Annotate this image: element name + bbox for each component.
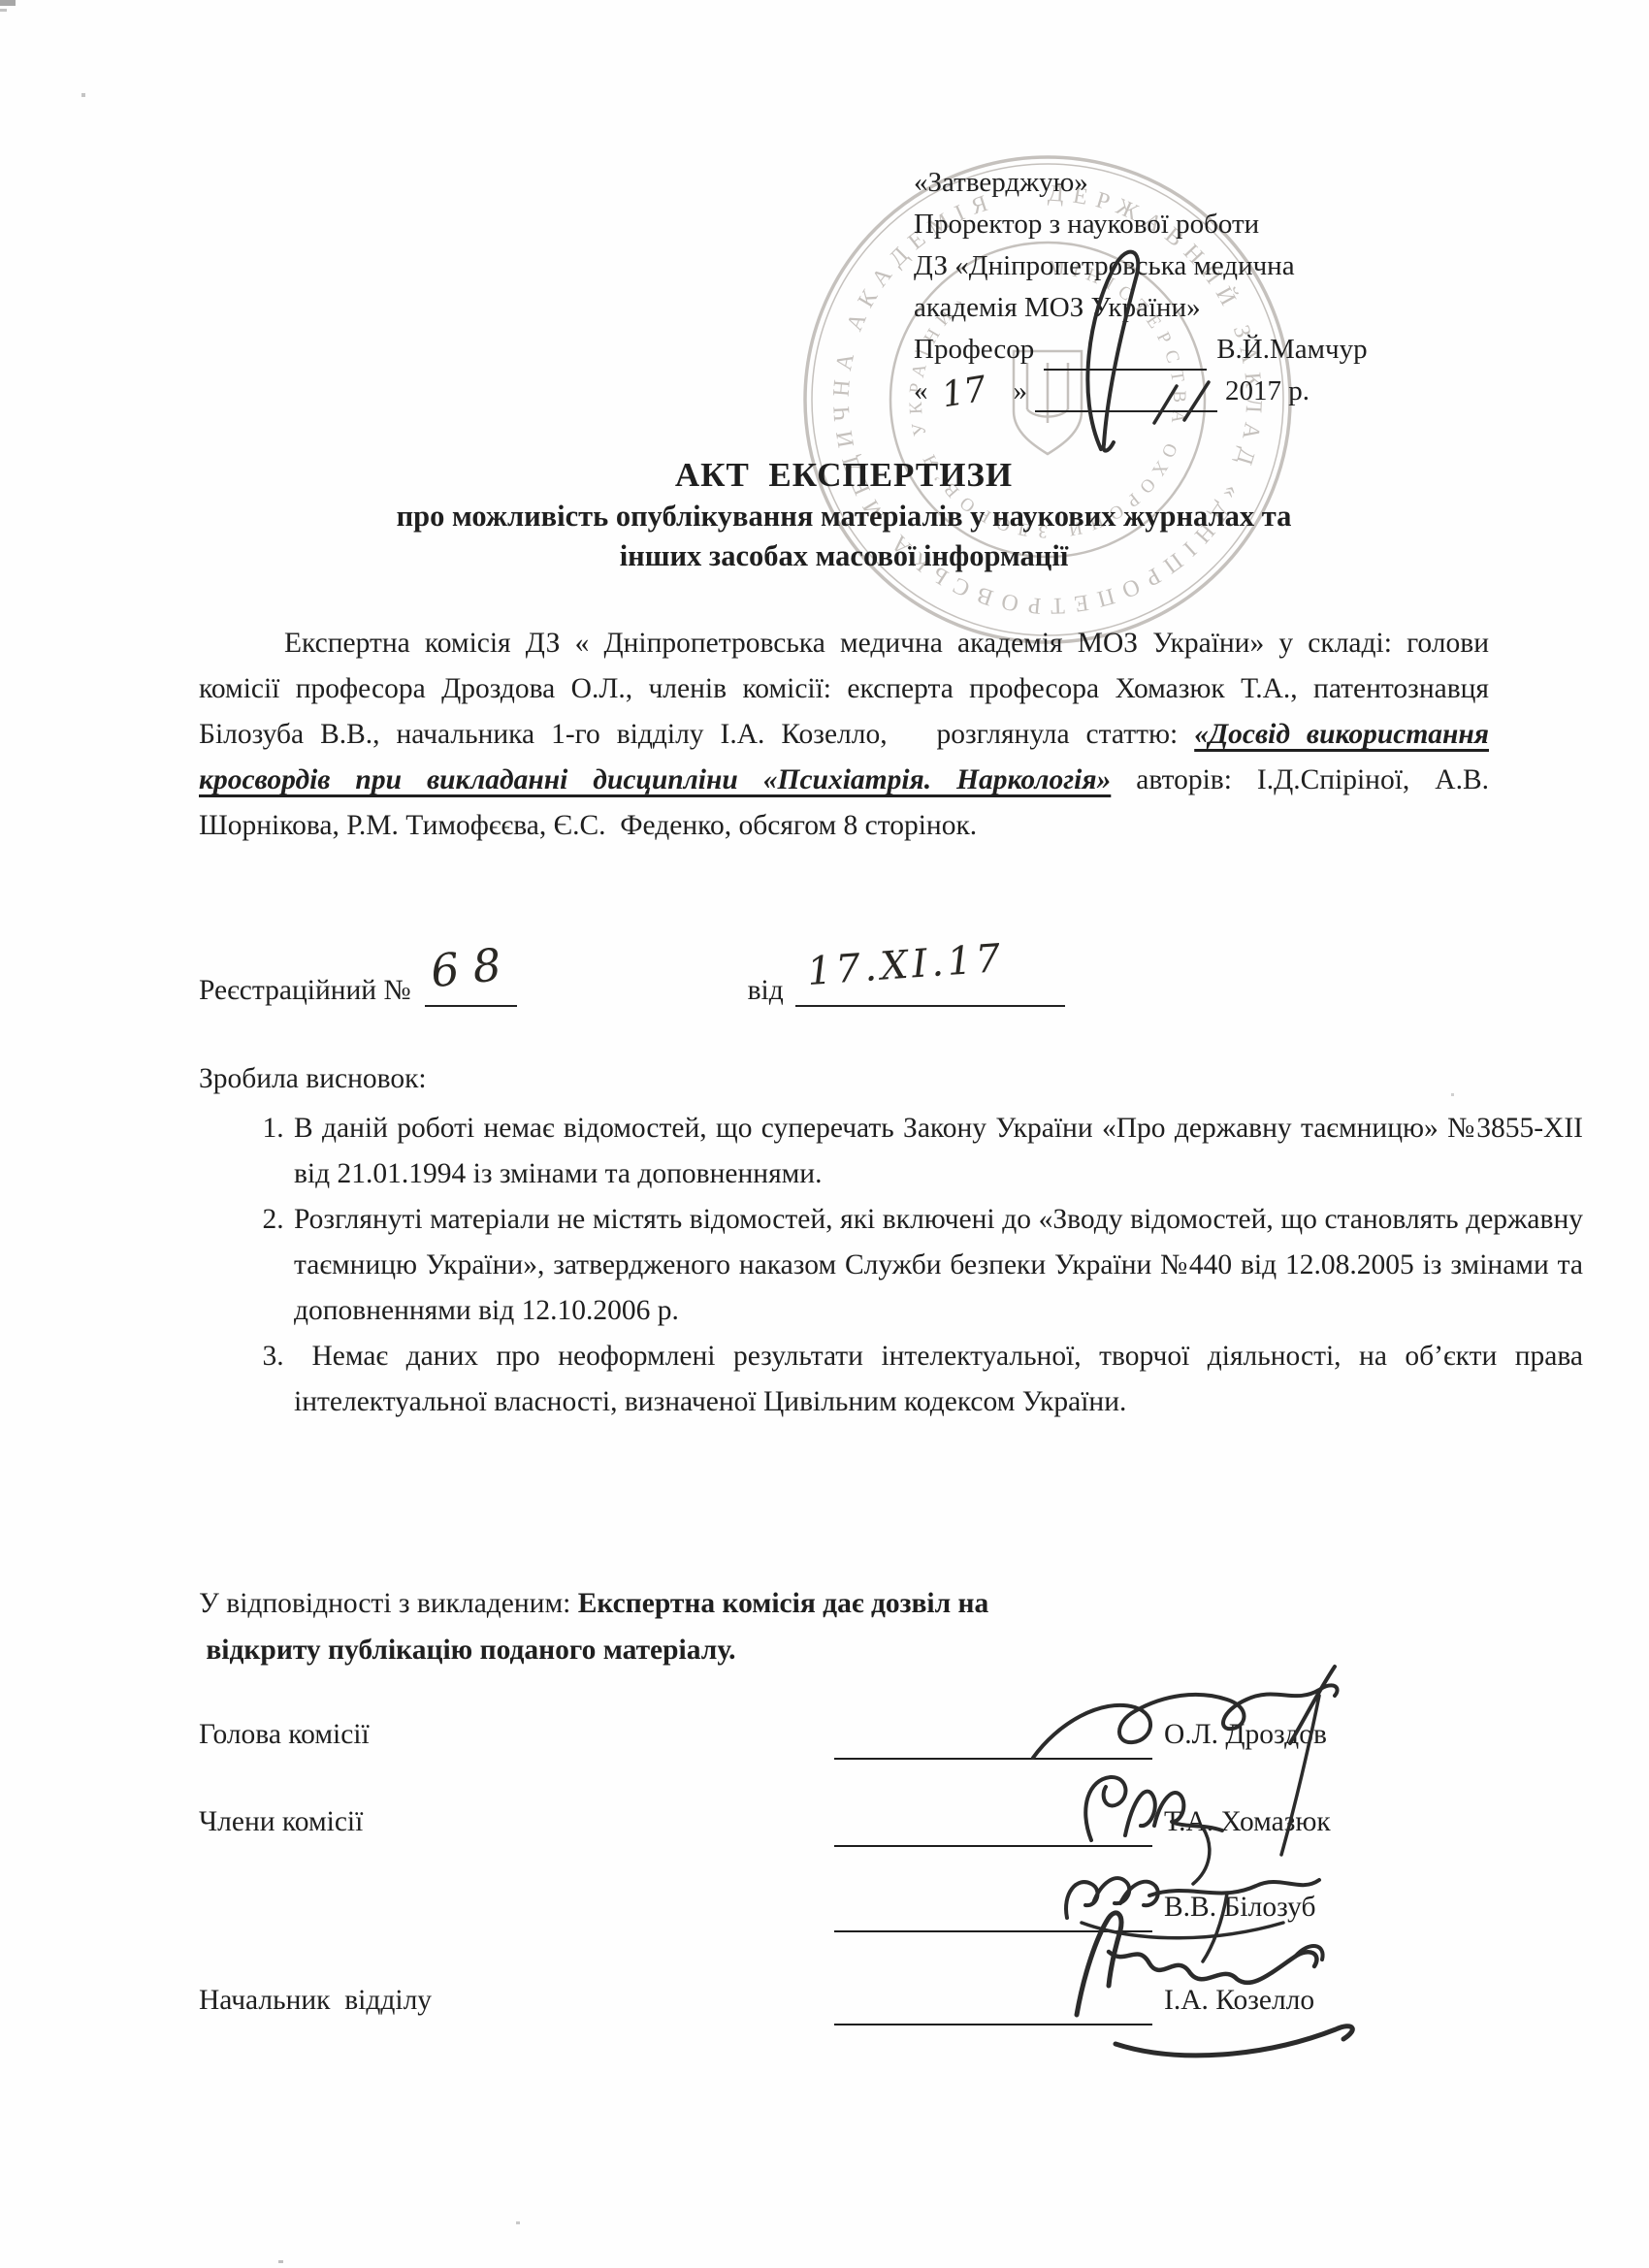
conclusion-item: В даній роботі немає відомостей, що супе…	[291, 1106, 1583, 1197]
approval-line-institution-1: ДЗ «Дніпропетровська медична	[914, 245, 1418, 287]
professor-label: Професор	[914, 329, 1034, 371]
handwritten-registration-date: 17.XI.17	[805, 936, 1005, 994]
signature-line	[834, 1985, 1152, 2025]
handwritten-day: 17	[938, 369, 988, 417]
final-statement: У відповідності з викладеним: Експертна …	[199, 1581, 1491, 1673]
signature-line	[834, 1719, 1152, 1760]
professor-signature-row: Професор В.Й.Мамчур	[914, 329, 1418, 371]
scan-noise-speck	[0, 0, 16, 6]
conclusion-item: Розглянуті матеріали не містять відомост…	[291, 1197, 1583, 1334]
date-open-quote: «	[914, 371, 928, 412]
conclusion-item: Немає даних про неоформлені результати і…	[291, 1334, 1583, 1425]
handwritten-registration-number: 68	[428, 937, 517, 998]
conclusion-item-text: Розглянуті матеріали не містять відомост…	[294, 1204, 1583, 1326]
final-statement-line-2: відкриту публікацію поданого матеріалу.	[199, 1628, 1491, 1674]
signature-name: О.Л. Дроздов	[1164, 1719, 1327, 1751]
signature-row-member-2: В.В. Білозуб	[199, 1892, 1491, 1942]
conclusion-item-text: Немає даних про неоформлені результати і…	[294, 1341, 1583, 1417]
document-title: АКТ ЕКСПЕРТИЗИ	[199, 454, 1489, 497]
signature-role: Голова комісії	[199, 1719, 370, 1751]
approval-date-row: « 17 » 2017 р.	[914, 371, 1418, 412]
conclusion-item-text: В даній роботі немає відомостей, що супе…	[294, 1113, 1583, 1189]
signature-line	[834, 1892, 1152, 1932]
scan-noise-speck	[81, 93, 85, 97]
final-bold-1: Експертна комісія дає дозвіл на	[578, 1588, 989, 1619]
approval-line-approve: «Затверджую»	[914, 162, 1418, 204]
final-statement-line-1: У відповідності з викладеним: Експертна …	[199, 1581, 1491, 1628]
document-subtitle-1: про можливість опублікування матеріалів …	[199, 497, 1489, 536]
signature-row-department-head: Начальник відділу І.А. Козелло	[199, 1985, 1491, 2035]
signature-name: І.А. Козелло	[1164, 1985, 1314, 2017]
date-year: 2017 р.	[1225, 371, 1309, 412]
registration-date-blank: 17.XI.17	[795, 970, 1065, 1007]
registration-number-blank: 68	[425, 970, 517, 1007]
scan-noise-speck	[1451, 1093, 1454, 1096]
registration-from-label: від	[748, 975, 784, 1007]
title-block: АКТ ЕКСПЕРТИЗИ про можливість опублікува…	[199, 454, 1489, 576]
date-day-slot: 17	[928, 377, 1014, 412]
signature-name: В.В. Білозуб	[1164, 1892, 1316, 1924]
signature-row-member-1: Члени комісії Т.А. Хомазюк	[199, 1806, 1491, 1857]
date-close-quote: »	[1014, 371, 1028, 412]
scanned-document-page: ДЕРЖАВНИЙ ЗАКЛАД «ДНІПРОПЕТРОВСЬКА МЕДИЧ…	[0, 0, 1649, 2268]
approval-block: «Затверджую» Проректор з наукової роботи…	[914, 162, 1418, 412]
scan-noise-speck	[278, 2260, 283, 2263]
date-month-blank	[1035, 375, 1217, 412]
signature-row-head: Голова комісії О.Л. Дроздов	[199, 1719, 1491, 1769]
signature-role: Члени комісії	[199, 1806, 363, 1838]
conclusion-list: В даній роботі немає відомостей, що супе…	[199, 1106, 1583, 1425]
conclusion-heading: Зробила висновок:	[199, 1063, 427, 1095]
final-bold-2: відкриту публікацію поданого матеріалу.	[199, 1635, 736, 1666]
scan-noise-speck	[0, 9, 7, 12]
approval-line-institution-2: академія МОЗ України»	[914, 287, 1418, 329]
professor-signature-blank	[1044, 334, 1207, 371]
professor-name: В.Й.Мамчур	[1216, 329, 1367, 371]
registration-row: Реєстраційний № 68 від 17.XI.17	[199, 970, 1489, 1007]
signature-line	[834, 1806, 1152, 1847]
signature-name: Т.А. Хомазюк	[1164, 1806, 1331, 1838]
scan-noise-speck	[516, 2221, 520, 2224]
final-lead: У відповідності з викладеним:	[199, 1588, 578, 1619]
document-subtitle-2: інших засобах масової інформації	[199, 536, 1489, 576]
registration-label: Реєстраційний №	[199, 975, 411, 1007]
signature-role: Начальник відділу	[199, 1985, 432, 2017]
approval-line-vicerector: Проректор з наукової роботи	[914, 204, 1418, 245]
intro-paragraph: Експертна комісія ДЗ « Дніпропетровська …	[199, 621, 1489, 849]
